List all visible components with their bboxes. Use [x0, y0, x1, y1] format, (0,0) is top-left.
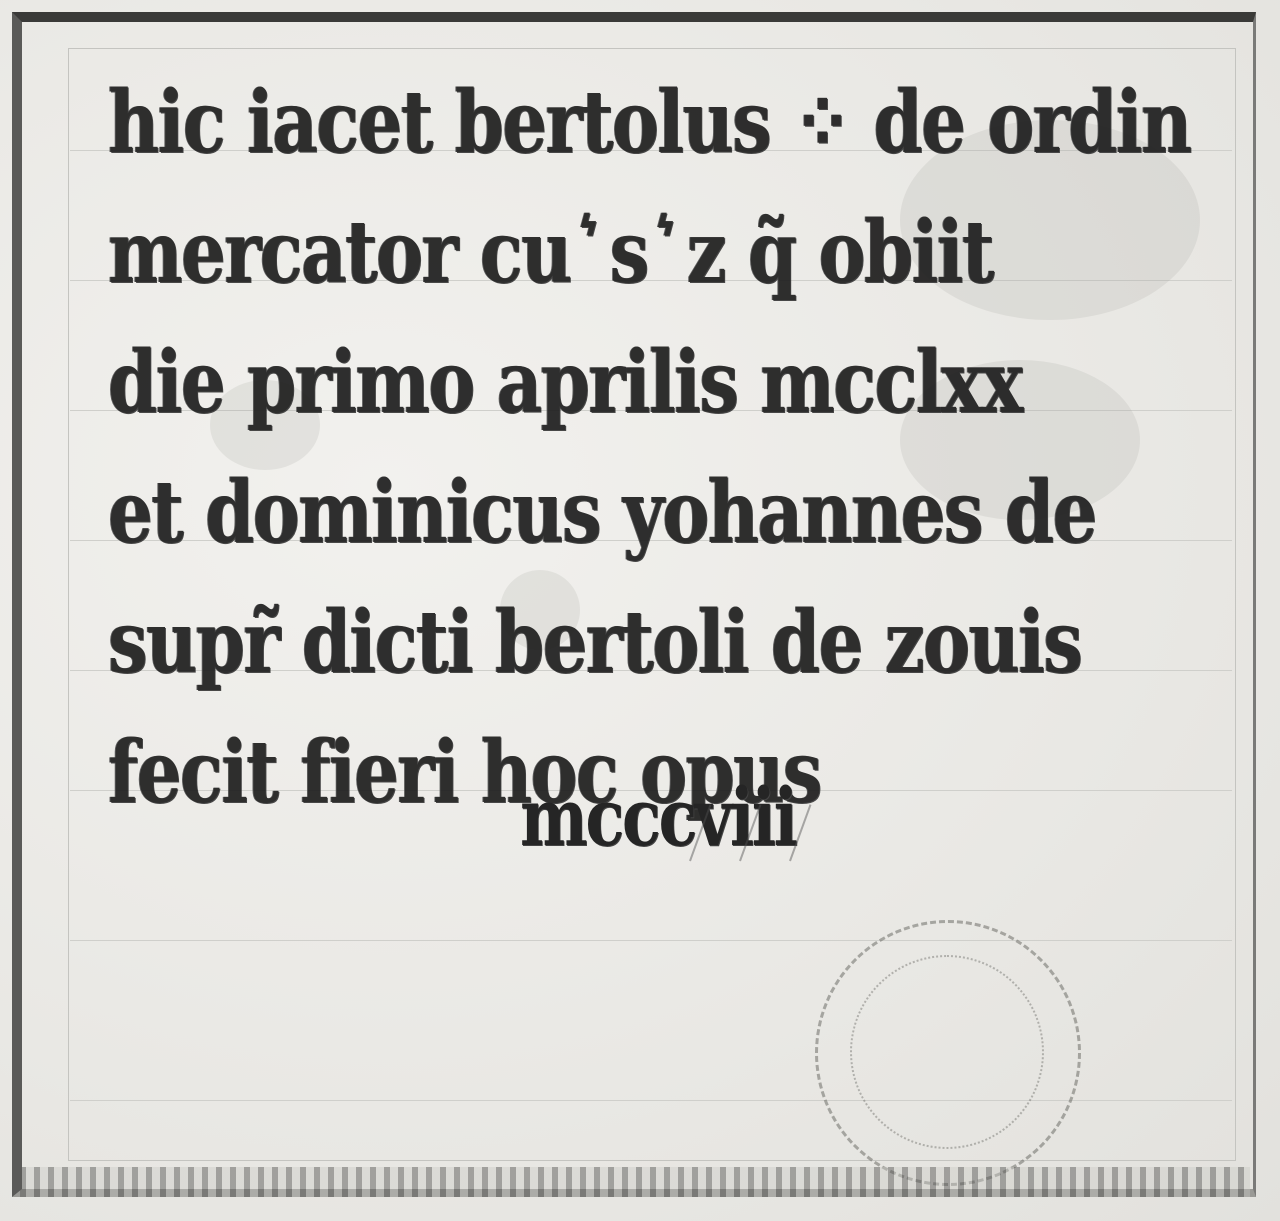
inscription-text: hic iacet bertolus ⁘ de ordin mercator c…: [108, 58, 1218, 838]
worn-bottom-edge: [20, 1167, 1250, 1197]
inscription-line: et dominicus yohannes de: [108, 448, 1018, 578]
inscription-line: hic iacet bertolus ⁘ de ordin: [108, 58, 1018, 188]
inscription-line: mercator cu ͛ s ͛ z q̃ obiit: [108, 188, 1018, 318]
inscription-line: die primo aprilis mcclxx: [108, 318, 1018, 448]
faded-roundel-inner: [850, 955, 1044, 1149]
inscription-photograph: hic iacet bertolus ⁘ de ordin mercator c…: [0, 0, 1280, 1221]
ruling-line: [70, 940, 1232, 941]
inscription-line: supr̃ dicti bertoli de zouis: [108, 578, 1018, 708]
